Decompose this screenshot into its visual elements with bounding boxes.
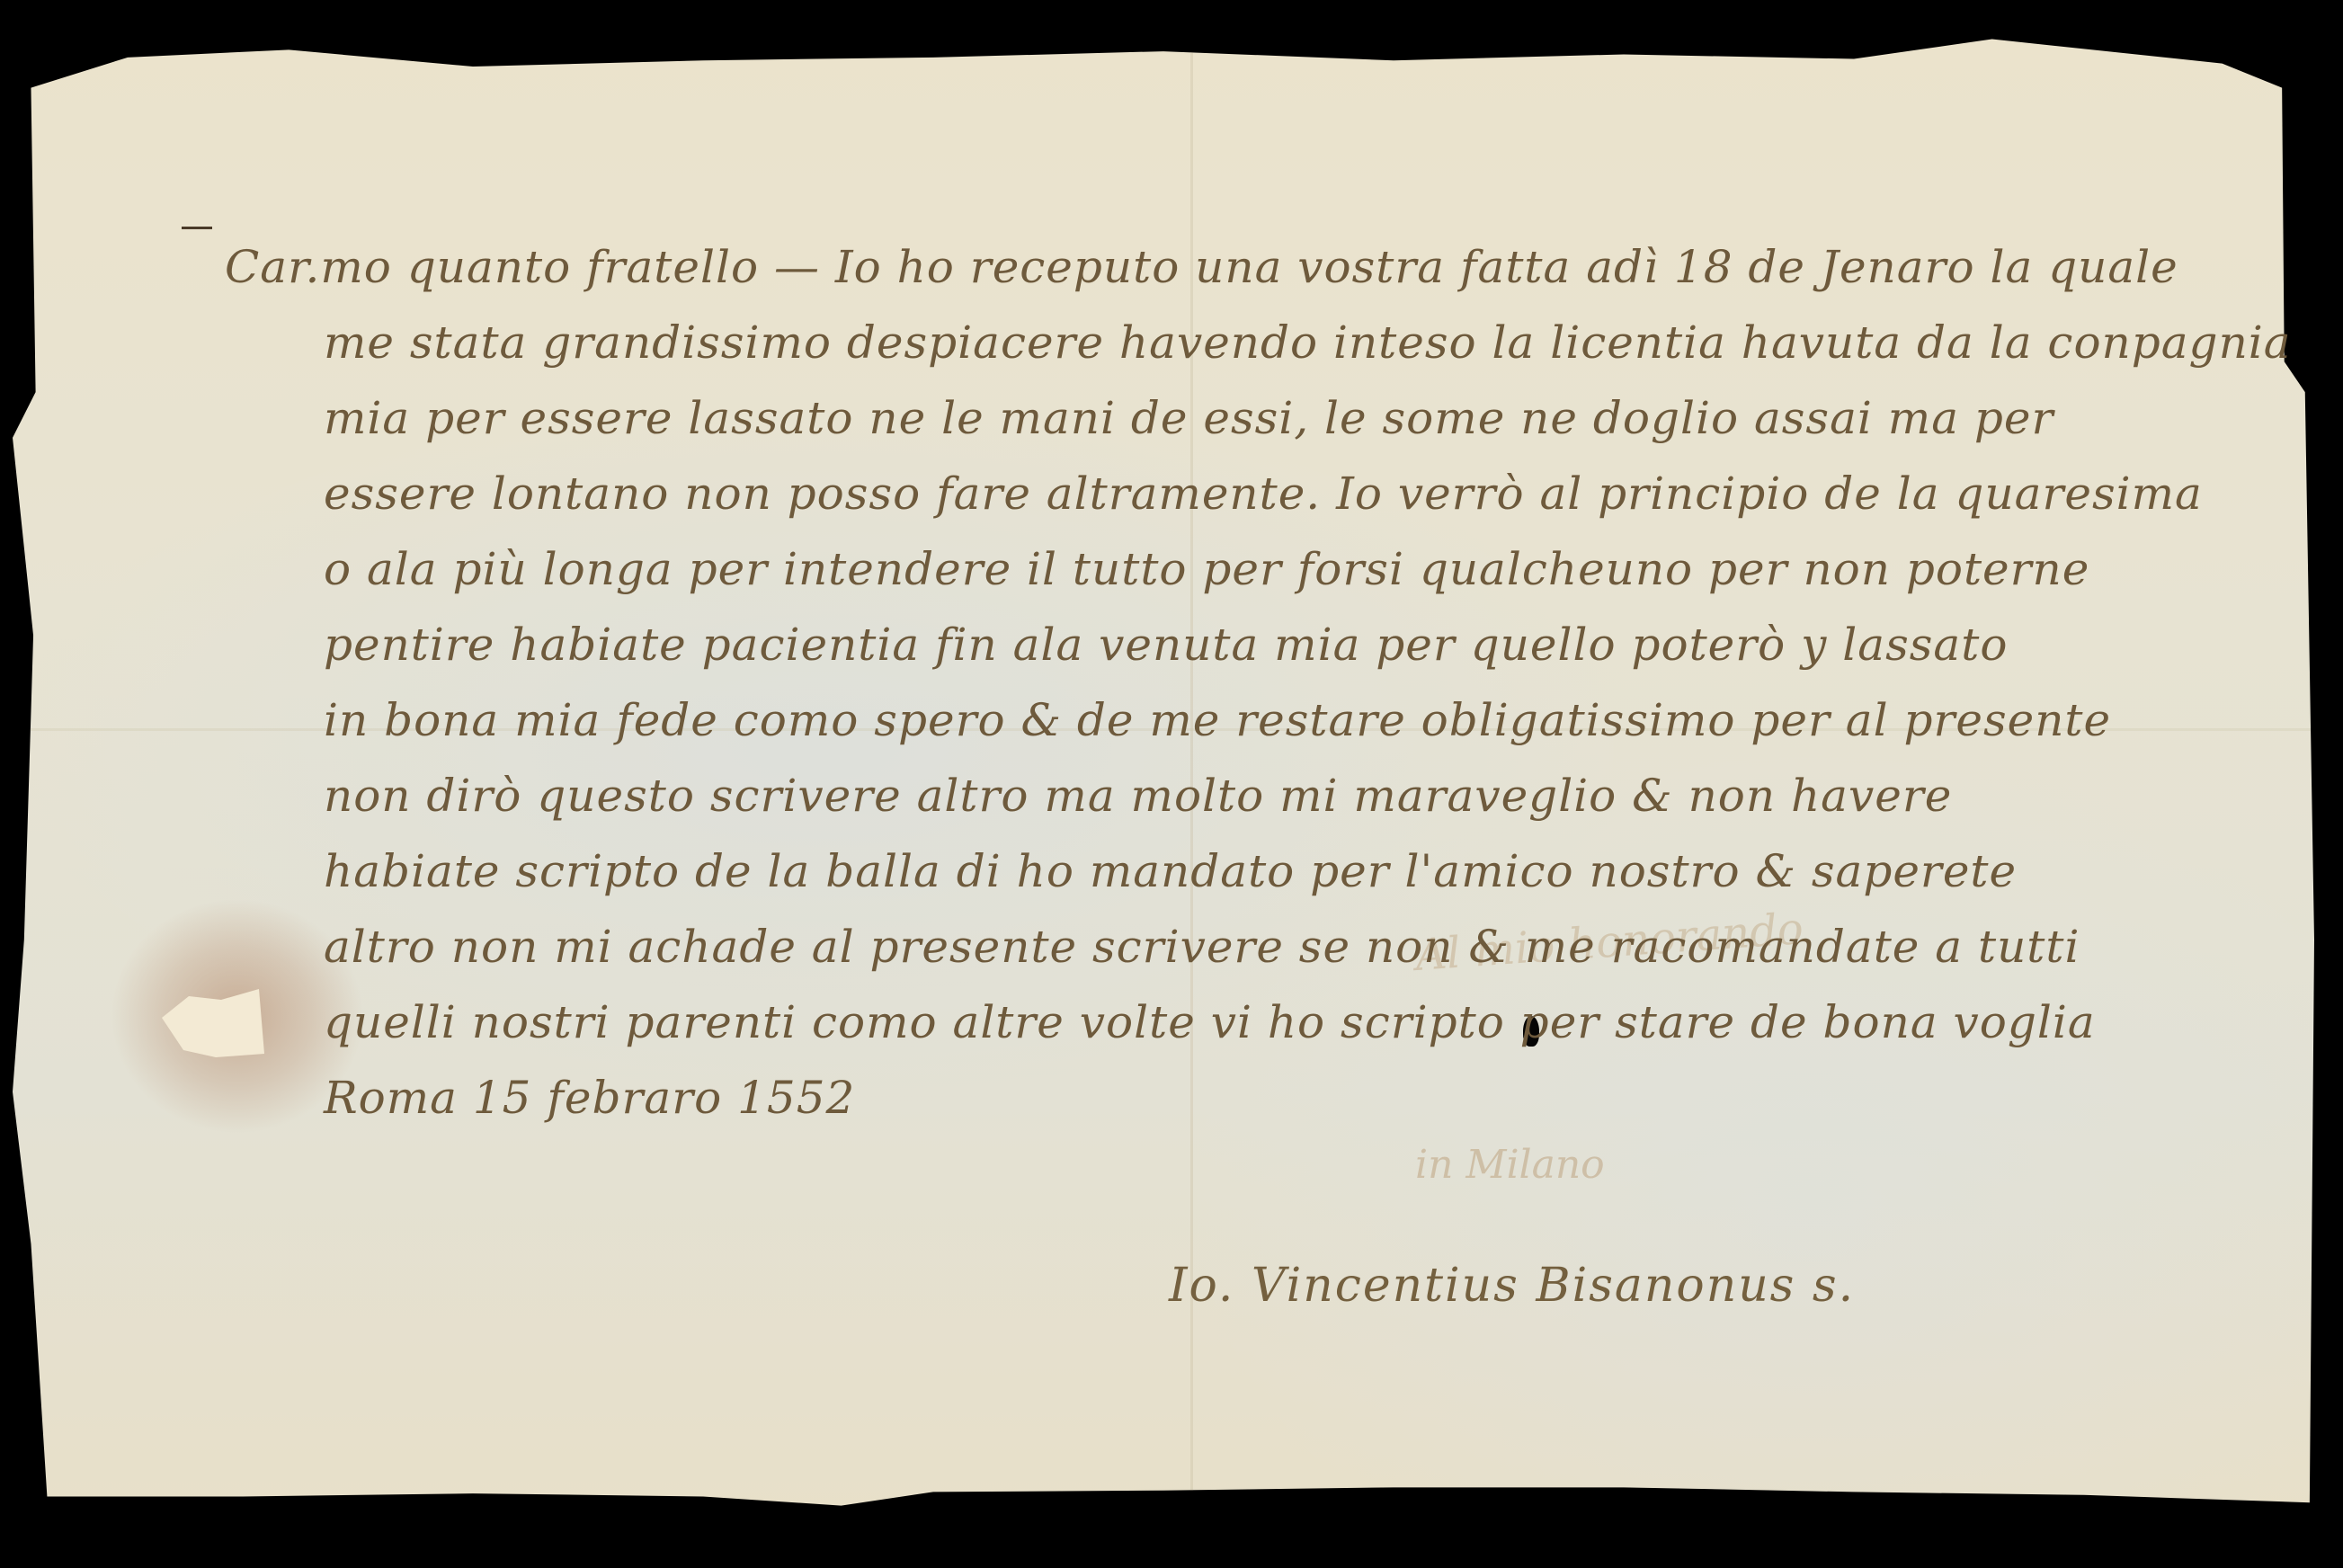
letter-line: in bona mia fede como spero & de me rest…	[198, 682, 2266, 758]
letter-line: mia per essere lassato ne le mani de ess…	[198, 380, 2266, 456]
letter-line: pentire habiate pacientia fin ala venuta…	[198, 607, 2266, 682]
letter-line: o ala più longa per intendere il tutto p…	[198, 531, 2266, 607]
letter-line: habiate scripto de la balla di ho mandat…	[198, 833, 2266, 909]
signature: Io. Vincentius Bisanonus s.	[1169, 1259, 1855, 1313]
letter-line: non dirò questo scrivere altro ma molto …	[198, 758, 2266, 833]
letter-line: essere lontano non posso fare altramente…	[198, 456, 2266, 531]
letter-line: altro non mi achade al presente scrivere…	[198, 909, 2266, 984]
bleed-through-city: in Milano	[1415, 1142, 1605, 1188]
letter-line: me stata grandissimo despiacere havendo …	[198, 305, 2266, 380]
letter-line: quelli nostri parenti como altre volte v…	[198, 984, 2266, 1060]
letter-line-salutation: Car.mo quanto fratello — Io ho receputo …	[198, 229, 2266, 305]
letter-body: Car.mo quanto fratello — Io ho receputo …	[198, 229, 2266, 1136]
letter-dateline: Roma 15 febraro 1552	[198, 1060, 2266, 1136]
